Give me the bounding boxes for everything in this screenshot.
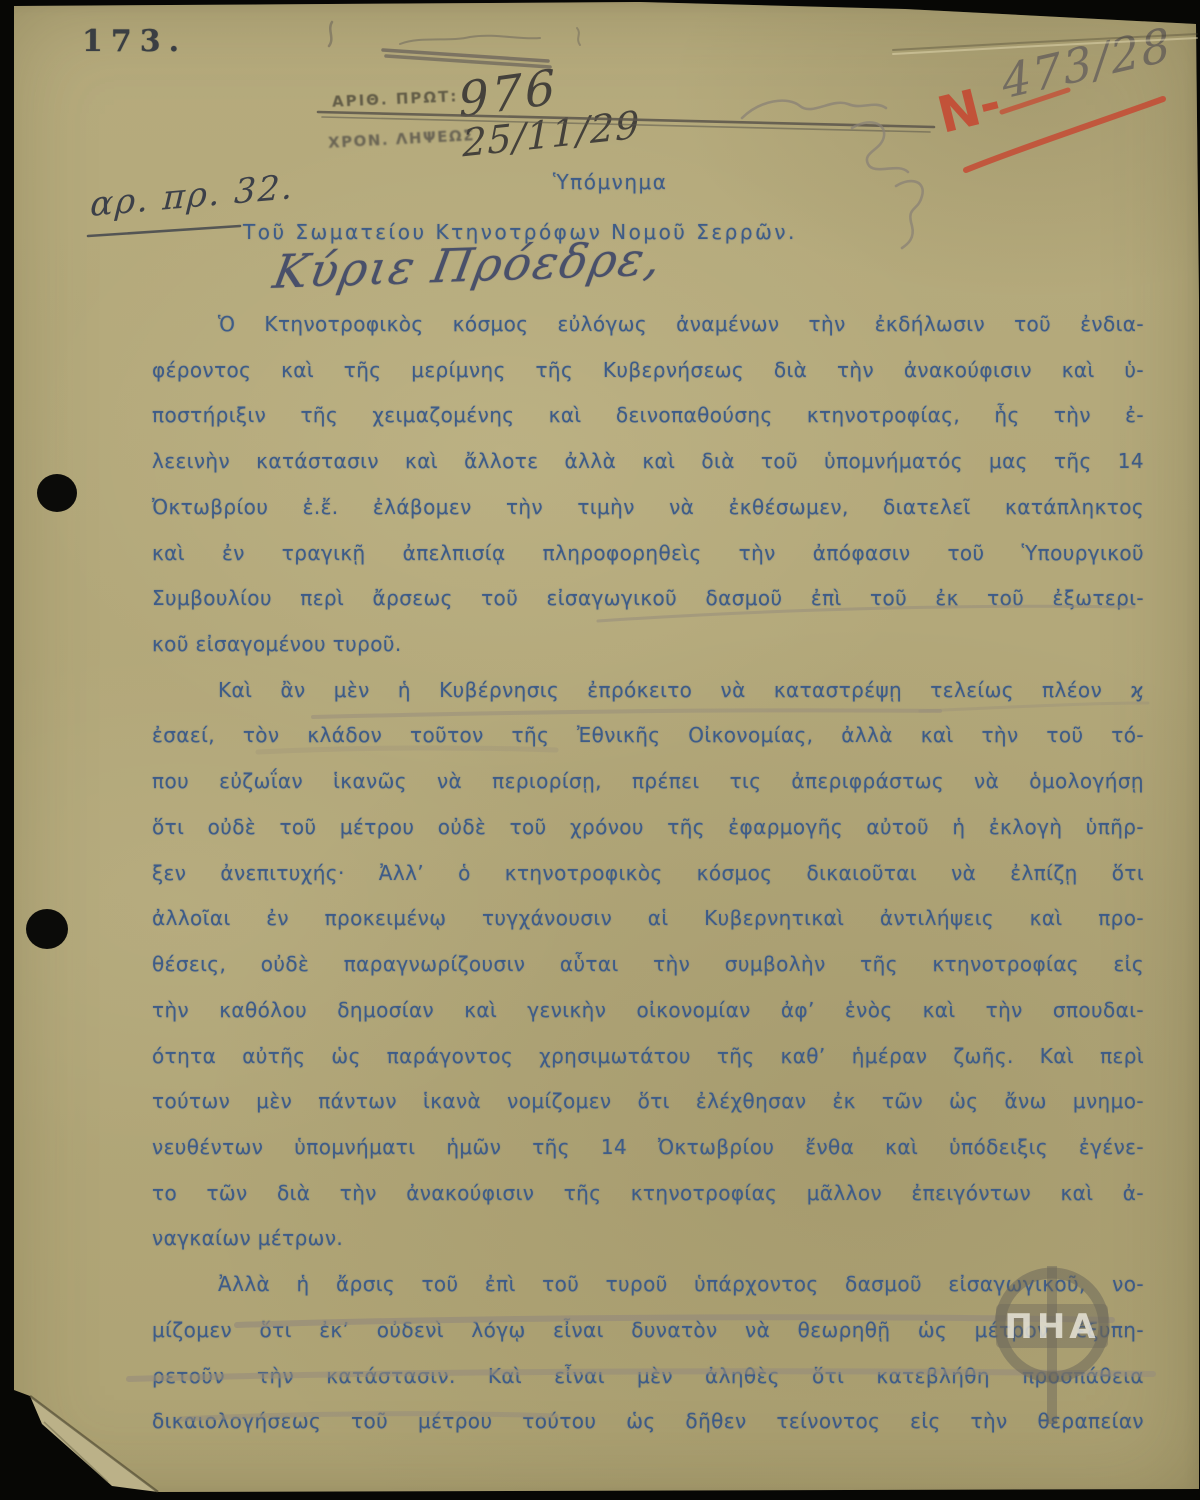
body-line: Ὀκτωβρίου ἐ.ἔ. ἐλάβομεν τὴν τιμὴν νὰ ἐκθ… bbox=[152, 485, 1144, 531]
body-line: λεεινὴν κατάστασιν καὶ ἄλλοτε ἀλλὰ καὶ δ… bbox=[152, 439, 1144, 485]
body-line: ποστήριξιν τῆς χειμαζομένης καὶ δεινοπαθ… bbox=[152, 393, 1144, 439]
body-line: κοῦ εἰσαγομένου τυροῦ. bbox=[152, 622, 1144, 668]
body-line: θέσεις, οὐδὲ παραγνωρίζουσιν αὗται τὴν σ… bbox=[152, 942, 1144, 988]
body-line: ξεν ἀνεπιτυχής· Ἀλλ’ ὁ κτηνοτροφικὸς κόσ… bbox=[152, 851, 1144, 897]
document-title: Ὑπόμνημα bbox=[553, 170, 667, 194]
body-line: ἀλλοῖαι ἐν προκειμένῳ τυγχάνουσιν αἱ Κυβ… bbox=[152, 896, 1144, 942]
body-line: που εὐζωΐαν ἱκανῶς νὰ περιορίσῃ, πρέπει … bbox=[152, 759, 1144, 805]
body-line: Συμβουλίου περὶ ἄρσεως τοῦ εἰσαγωγικοῦ δ… bbox=[152, 576, 1144, 622]
body-line: τούτων μὲν πάντων ἱκανὰ νομίζομεν ὅτι ἐλ… bbox=[152, 1079, 1144, 1125]
body-line: ότητα αὐτῆς ὡς παράγοντος χρησιμωτάτου τ… bbox=[152, 1034, 1144, 1080]
body-line: δικαιολογήσεως τοῦ μέτρου τούτου ὡς δῆθε… bbox=[152, 1399, 1144, 1445]
body-line: Ἀλλὰ ἡ ἄρσις τοῦ ἐπὶ τοῦ τυροῦ ὑπάρχοντο… bbox=[152, 1262, 1144, 1308]
typewritten-body: Ὁ Κτηνοτροφικὸς κόσμος εὐλόγως ἀναμένων … bbox=[152, 302, 1144, 1445]
date-stamp-label: ΧΡΟΝ. ΛΗΨΕΩΣ bbox=[328, 126, 476, 152]
protocol-note-handwritten: αρ. πρ. 32. bbox=[89, 167, 295, 225]
page-number: 173. bbox=[82, 24, 187, 59]
document-page: 173. ΑΡΙΘ. ΠΡΩΤ: 976 ΧΡΟΝ. ΛΗΨΕΩΣ 25/11/… bbox=[0, 0, 1200, 1500]
body-line: καὶ ἐν τραγικῇ ἀπελπισίᾳ πληροφορηθεὶς τ… bbox=[152, 531, 1144, 577]
red-file-prefix: N- bbox=[932, 73, 1007, 144]
scanned-document: 173. ΑΡΙΘ. ΠΡΩΤ: 976 ΧΡΟΝ. ΛΗΨΕΩΣ 25/11/… bbox=[0, 0, 1200, 1500]
body-line: το τῶν διὰ τὴν ἀνακούφισιν τῆς κτηνοτροφ… bbox=[152, 1171, 1144, 1217]
body-line: ἐσαεί, τὸν κλάδον τοῦτον τῆς Ἐθνικῆς Οἰκ… bbox=[152, 713, 1144, 759]
file-number-handwritten: 473/28 bbox=[999, 17, 1175, 110]
body-line: ρετοῦν τὴν κατάστασιν. Καὶ εἶναι μὲν ἀλη… bbox=[152, 1354, 1144, 1400]
body-line: φέροντος καὶ τῆς μερίμνης τῆς Κυβερνήσεω… bbox=[152, 348, 1144, 394]
protocol-stamp-label: ΑΡΙΘ. ΠΡΩΤ: bbox=[332, 87, 459, 110]
body-line: Ὁ Κτηνοτροφικὸς κόσμος εὐλόγως ἀναμένων … bbox=[152, 302, 1144, 348]
body-line: μίζομεν ὅτι ἐκ’ οὐδενὶ λόγῳ εἶναι δυνατὸ… bbox=[152, 1308, 1144, 1354]
body-line: Καὶ ἂν μὲν ἡ Κυβέρνησις ἐπρόκειτο νὰ κατ… bbox=[152, 668, 1144, 714]
body-line: ναγκαίων μέτρων. bbox=[152, 1216, 1144, 1262]
body-line: τὴν καθόλου δημοσίαν καὶ γενικὴν οἰκονομ… bbox=[152, 988, 1144, 1034]
body-line: νευθέντων ὑπομνήματι ἡμῶν τῆς 14 Ὀκτωβρί… bbox=[152, 1125, 1144, 1171]
body-line: ὅτι οὐδὲ τοῦ μέτρου οὐδὲ τοῦ χρόνου τῆς … bbox=[152, 805, 1144, 851]
